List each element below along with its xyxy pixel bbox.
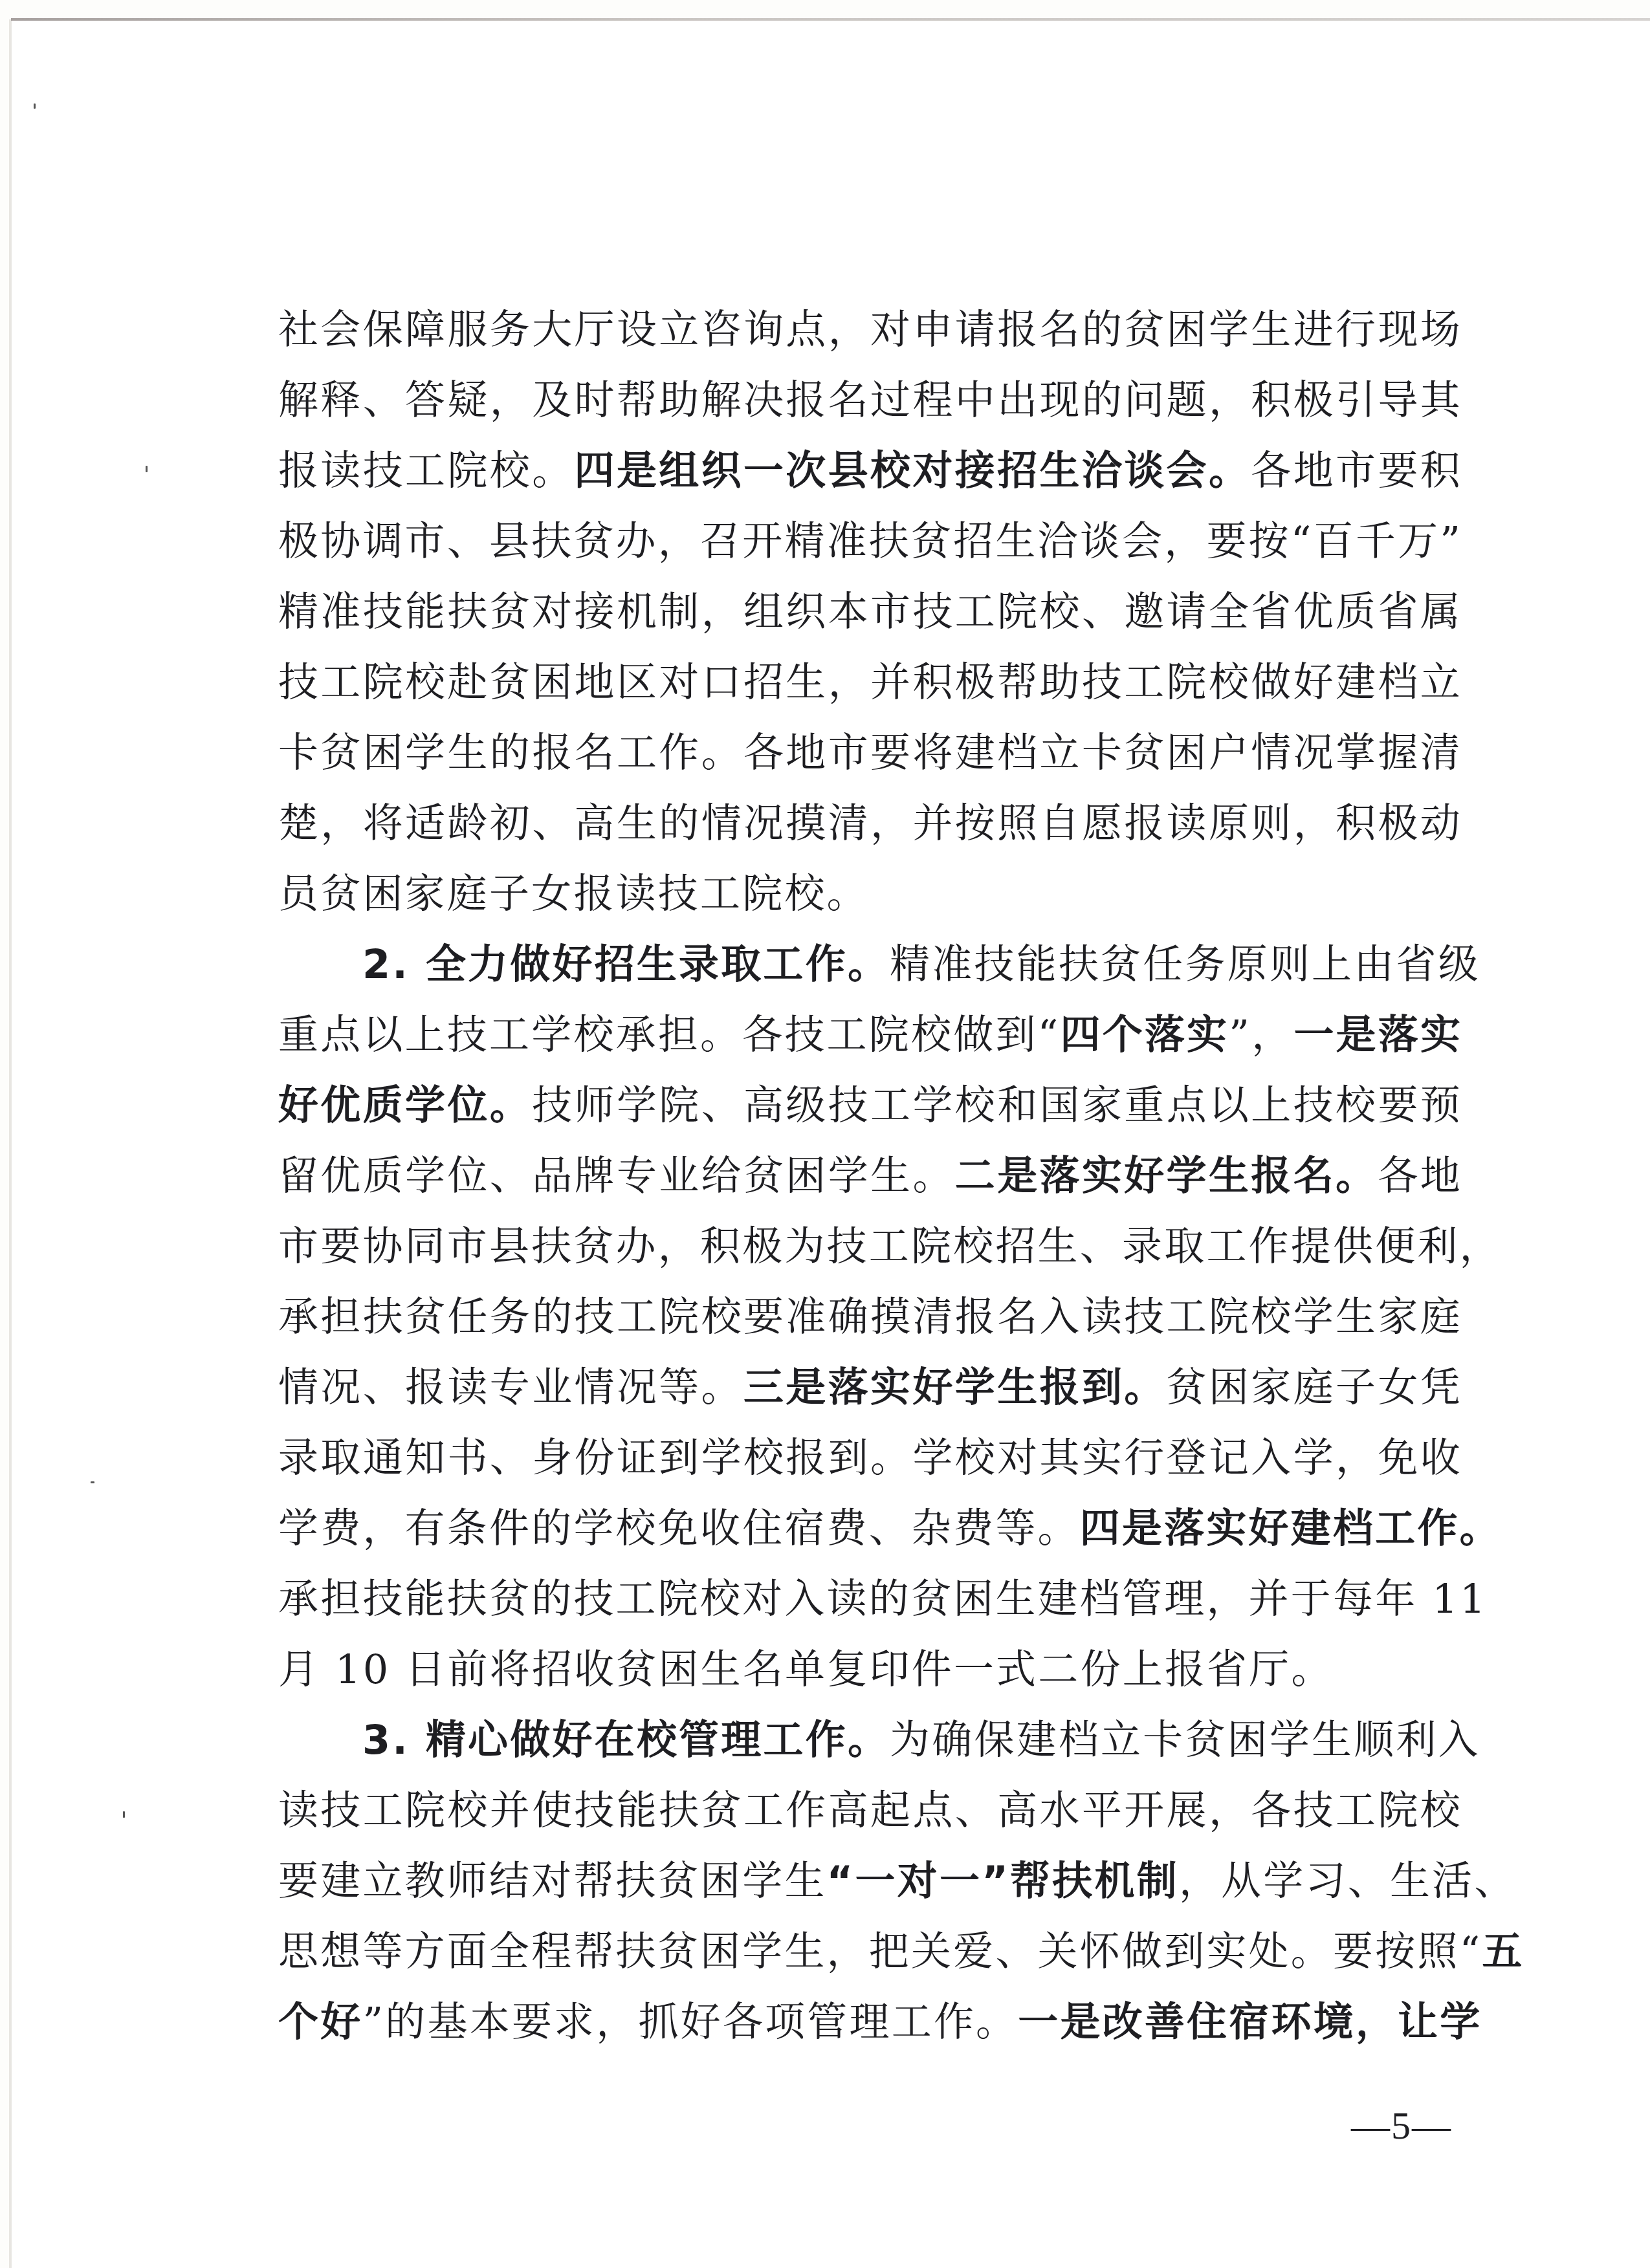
text-line: 要建立教师结对帮扶贫困学生“一对一”帮扶机制，从学习、生活、 (278, 1846, 1462, 1916)
bold-text-segment: 四是落实好建档工作。 (1080, 1505, 1502, 1552)
text-segment: 解释、答疑，及时帮助解决报名过程中出现的问题，积极引导其 (278, 376, 1462, 424)
text-segment: 楚，将适龄初、高生的情况摸清，并按照自愿报读原则，积极动 (278, 800, 1462, 847)
text-line: 学费，有条件的学校免收住宿费、杂费等。四是落实好建档工作。 (278, 1493, 1462, 1564)
bold-text-segment: 四个落实 (1061, 1011, 1229, 1058)
text-segment: 承担扶贫任务的技工院校要准确摸清报名入读技工院校学生家庭 (278, 1293, 1462, 1340)
text-line: 楚，将适龄初、高生的情况摸清，并按照自愿报读原则，积极动 (278, 788, 1462, 858)
scan-speck (34, 104, 36, 109)
text-segment: 技工院校赴贫困地区对口招生，并积极帮助技工院校做好建档立 (278, 659, 1462, 706)
bold-text-segment: 四是组织一次县校对接招生洽谈会。 (575, 447, 1251, 494)
text-segment: 情况、报读专业情况等。 (278, 1364, 743, 1411)
text-segment: 留优质学位、品牌专业给贫困学生。 (278, 1152, 955, 1199)
bold-text-segment: 五 (1482, 1928, 1524, 1975)
text-line: 好优质学位。技师学院、高级技工学校和国家重点以上技校要预 (278, 1070, 1462, 1140)
bold-text-segment: 个好 (278, 1998, 362, 2045)
text-segment: 社会保障服务大厅设立咨询点，对申请报名的贫困学生进行现场 (278, 306, 1462, 353)
text-segment: 录取通知书、身份证到学校报到。学校对其实行登记入学，免收 (278, 1434, 1462, 1481)
text-segment: ”的基本要求，抓好各项管理工作。 (362, 1998, 1018, 2045)
bold-text-segment: 三是落实好学生报到。 (743, 1364, 1167, 1411)
text-line: 卡贫困学生的报名工作。各地市要将建档立卡贫困户情况掌握清 (278, 717, 1462, 788)
text-segment: 要建立教师结对帮扶贫困学生 (278, 1857, 827, 1904)
text-segment: ，从学习、生活、 (1179, 1857, 1517, 1904)
text-segment: 贫困家庭子女凭 (1167, 1364, 1462, 1411)
text-segment: 承担技能扶贫的技工院校对入读的贫困生建档管理，并于每年 11 (278, 1575, 1488, 1622)
text-segment: 各地 (1378, 1152, 1462, 1199)
text-line: 报读技工院校。四是组织一次县校对接招生洽谈会。各地市要积 (278, 435, 1462, 506)
text-line: 重点以上技工学校承担。各技工院校做到“四个落实”，一是落实 (278, 999, 1462, 1070)
text-segment: 精准技能扶贫对接机制，组织本市技工院校、邀请全省优质省属 (278, 588, 1462, 635)
text-line: 留优质学位、品牌专业给贫困学生。二是落实好学生报名。各地 (278, 1140, 1462, 1211)
text-segment: ”， (1229, 1011, 1293, 1058)
text-segment: 各地市要积 (1251, 447, 1462, 494)
text-line: 个好”的基本要求，抓好各项管理工作。一是改善住宿环境，让学 (278, 1987, 1462, 2057)
bold-text-segment: 3. 精心做好在校管理工作。 (362, 1716, 890, 1763)
page-number: —5— (1351, 2104, 1452, 2148)
text-line: 技工院校赴贫困地区对口招生，并积极帮助技工院校做好建档立 (278, 647, 1462, 717)
text-segment: 思想等方面全程帮扶贫困学生，把关爱、关怀做到实处。要按照“ (278, 1928, 1482, 1975)
text-segment: 读技工院校并使技能扶贫工作高起点、高水平开展，各技工院校 (278, 1787, 1462, 1834)
text-line: 3. 精心做好在校管理工作。为确保建档立卡贫困学生顺利入 (278, 1705, 1462, 1775)
text-line: 承担扶贫任务的技工院校要准确摸清报名入读技工院校学生家庭 (278, 1281, 1462, 1352)
bold-text-segment: “一对一”帮扶机制 (827, 1857, 1179, 1904)
text-line: 员贫困家庭子女报读技工院校。 (278, 858, 1462, 929)
text-segment: 卡贫困学生的报名工作。各地市要将建档立卡贫困户情况掌握清 (278, 729, 1462, 776)
text-line: 极协调市、县扶贫办，召开精准扶贫招生洽谈会，要按“百千万” (278, 506, 1462, 576)
text-segment: 学费，有条件的学校免收住宿费、杂费等。 (278, 1505, 1080, 1552)
scan-speck (123, 1811, 125, 1818)
text-line: 录取通知书、身份证到学校报到。学校对其实行登记入学，免收 (278, 1423, 1462, 1493)
text-line: 月 10 日前将招收贫困生名单复印件一式二份上报省厅。 (278, 1634, 1462, 1705)
bold-text-segment: 一是改善住宿环境，让学 (1018, 1998, 1482, 2045)
bold-text-segment: 一是落实 (1293, 1011, 1462, 1058)
bold-text-segment: 二是落实好学生报名。 (955, 1152, 1378, 1199)
bold-text-segment: 2. 全力做好招生录取工作。 (362, 941, 890, 988)
text-segment: 极协调市、县扶贫办，召开精准扶贫招生洽谈会，要按“百千万” (278, 518, 1462, 565)
text-line: 承担技能扶贫的技工院校对入读的贫困生建档管理，并于每年 11 (278, 1564, 1462, 1634)
scan-speck (146, 466, 148, 472)
text-segment: 重点以上技工学校承担。各技工院校做到“ (278, 1011, 1061, 1058)
text-segment: 技师学院、高级技工学校和国家重点以上技校要预 (532, 1082, 1462, 1129)
text-segment: 员贫困家庭子女报读技工院校。 (278, 870, 869, 917)
text-line: 社会保障服务大厅设立咨询点，对申请报名的贫困学生进行现场 (278, 294, 1462, 365)
text-line: 读技工院校并使技能扶贫工作高起点、高水平开展，各技工院校 (278, 1775, 1462, 1846)
bold-text-segment: 好优质学位。 (278, 1082, 532, 1129)
scan-speck (91, 1481, 94, 1483)
text-segment: 市要协同市县扶贫办，积极为技工院校招生、录取工作提供便利， (278, 1223, 1502, 1270)
text-segment: 月 10 日前将招收贫困生名单复印件一式二份上报省厅。 (278, 1646, 1334, 1693)
text-line: 市要协同市县扶贫办，积极为技工院校招生、录取工作提供便利， (278, 1211, 1462, 1281)
text-line: 解释、答疑，及时帮助解决报名过程中出现的问题，积极引导其 (278, 365, 1462, 435)
text-line: 思想等方面全程帮扶贫困学生，把关爱、关怀做到实处。要按照“五 (278, 1916, 1462, 1987)
scan-edge-top (11, 18, 1650, 21)
text-segment: 精准技能扶贫任务原则上由省级 (890, 941, 1480, 988)
text-line: 2. 全力做好招生录取工作。精准技能扶贫任务原则上由省级 (278, 929, 1462, 999)
text-segment: 为确保建档立卡贫困学生顺利入 (890, 1716, 1480, 1763)
text-segment: 报读技工院校。 (278, 447, 575, 494)
text-line: 情况、报读专业情况等。三是落实好学生报到。贫困家庭子女凭 (278, 1352, 1462, 1423)
text-line: 精准技能扶贫对接机制，组织本市技工院校、邀请全省优质省属 (278, 576, 1462, 647)
